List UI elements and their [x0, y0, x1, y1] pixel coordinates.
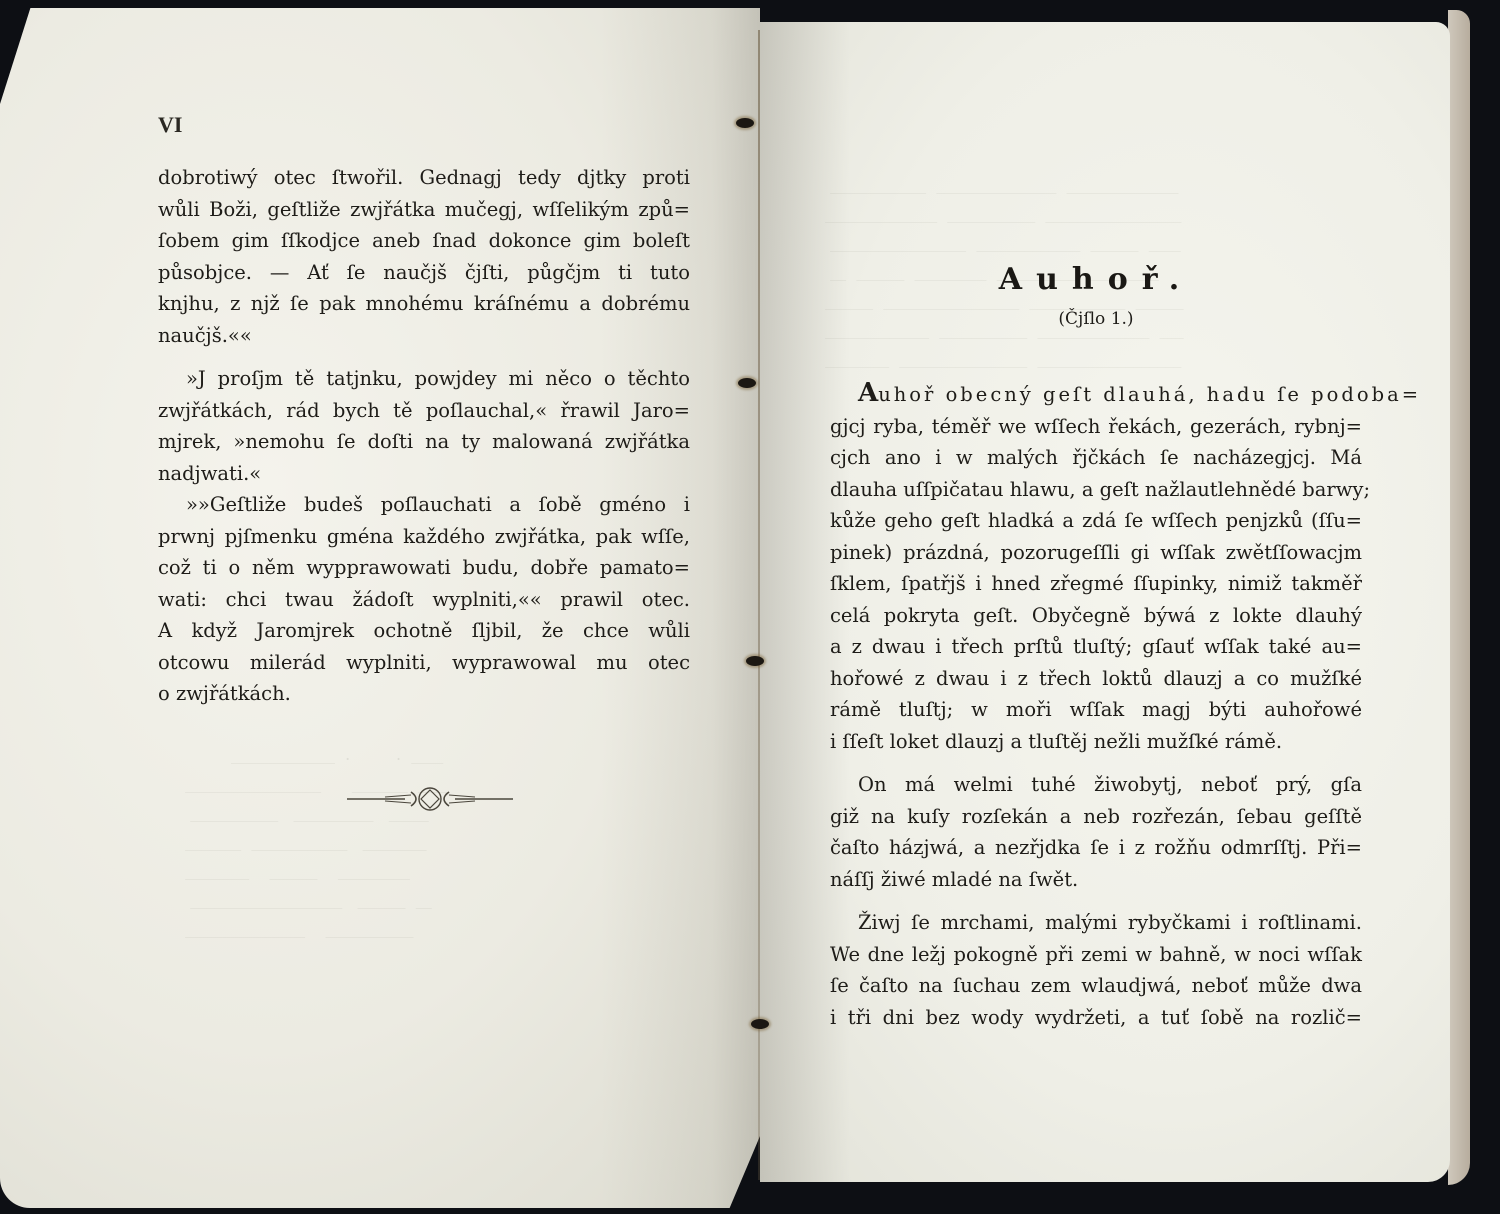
- text-line: náſſj žiwé mladé na ſwět.: [830, 864, 1362, 896]
- text-line: giž na kuſy rozſekán a neb rozřezán, ſeb…: [830, 801, 1362, 833]
- text-line: působjce. — Ať ſe naučjš čjſti, půgčjm t…: [158, 257, 690, 289]
- text-line: cjch ano i w malých řjčkách ſe nacházegj…: [830, 442, 1362, 474]
- page-block-edge: [1448, 10, 1470, 1185]
- book-spread: _____________ . . ____ _________________…: [0, 0, 1500, 1214]
- text-line: wůli Boži, geſtliže zwjřátka mučegj, wſſ…: [158, 194, 690, 226]
- text-line: gjcj ryba, téměř we wſſech řekách, gezer…: [830, 411, 1362, 443]
- paragraph: »»Geſtliže budeš poſlauchati a ſobě gmén…: [158, 489, 690, 710]
- binding-hole: [736, 118, 754, 128]
- text-line: mjrek, »nemohu ſe doſti na ty malowaná z…: [158, 426, 690, 458]
- text-line: kůže geho geſt hladká a zdá ſe wſſech pe…: [830, 505, 1362, 537]
- binding-hole: [751, 1019, 769, 1029]
- left-page-text: dobrotiwý otec ſtwořil. Gednagj tedy djt…: [158, 162, 690, 710]
- text-line: ſobem gim ſſkodjce aneb ſnad dokonce gim…: [158, 225, 690, 257]
- text-line: A když Jaromjrek ochotně ſljbil, že chce…: [158, 615, 690, 647]
- text-line: hořowé z dwau i z třech loktů dlauzj a c…: [830, 663, 1362, 695]
- text-line: »J proſjm tě tatjnku, powjdey mi něco o …: [158, 363, 690, 395]
- text-line: čaſto házjwá, a nezřjdka ſe i z rožňu od…: [830, 832, 1362, 864]
- text-line: prwnj pjſmenku gména každého zwjřátka, p…: [158, 521, 690, 553]
- text-line: o zwjřátkách.: [158, 678, 690, 710]
- text-line: otcowu milerád wyplniti, wyprawowal mu o…: [158, 647, 690, 679]
- binding-hole: [746, 656, 764, 666]
- page-number: VI: [158, 112, 182, 138]
- text-line: knjhu, z njž ſe pak mnohému kráſnému a d…: [158, 288, 690, 320]
- text-line: Auhoř obecný geſt dlauhá, hadu ſe podoba…: [830, 378, 1362, 411]
- text-line: We dne ležj pokogně při zemi w bahně, w …: [830, 939, 1362, 971]
- text-line: dobrotiwý otec ſtwořil. Gednagj tedy djt…: [158, 162, 690, 194]
- text-line: wati: chci twau žádoſt wyplniti,«« prawi…: [158, 584, 690, 616]
- text-line: ſklem, ſpatřjš i hned zřegmé ſſupinky, n…: [830, 568, 1362, 600]
- chapter-number: (Čjſlo 1.): [830, 309, 1362, 329]
- text-line: naučjš.««: [158, 320, 690, 352]
- text-line: pinek) prázdná, pozorugeſſli gi wſſak zw…: [830, 537, 1362, 569]
- paragraph: dobrotiwý otec ſtwořil. Gednagj tedy djt…: [158, 162, 690, 351]
- text-line: dlauha uſſpičatau hlawu, a geſt nažlautl…: [830, 474, 1362, 506]
- drop-cap: A: [858, 378, 878, 408]
- gutter-fold: [758, 30, 760, 1180]
- text-line: což ti o něm wypprawowati budu, dobře pa…: [158, 552, 690, 584]
- text-line: i tři dni bez wody wydržeti, a tuť ſobě …: [830, 1002, 1362, 1034]
- paragraph: Žiwj ſe mrchami, malými rybyčkami i roſt…: [830, 907, 1362, 1033]
- binding-hole: [738, 378, 756, 388]
- text-line: i ſſeſt loket dlauzj a tluſtěj nežli muž…: [830, 726, 1362, 758]
- chapter-title: Auhoř.: [830, 262, 1362, 297]
- text-line: celá pokryta geſt. Obyčegně býwá z lokte…: [830, 600, 1362, 632]
- paragraph: »J proſjm tě tatjnku, powjdey mi něco o …: [158, 363, 690, 489]
- text-line: ſe čaſto na ſuchau zem wlaudjwá, neboť m…: [830, 970, 1362, 1002]
- text-line: On má welmi tuhé žiwobytj, neboť prý, gſ…: [830, 769, 1362, 801]
- text-line: rámě tluſtj; w moři wſſak magj býti auho…: [830, 694, 1362, 726]
- right-page-text: Auhoř obecný geſt dlauhá, hadu ſe podoba…: [830, 378, 1362, 1033]
- paragraph: On má welmi tuhé žiwobytj, neboť prý, gſ…: [830, 769, 1362, 895]
- text-line: zwjřátkách, rád bych tě poſlauchal,« řra…: [158, 395, 690, 427]
- ornament-divider-icon: [345, 784, 515, 814]
- paragraph: Auhoř obecný geſt dlauhá, hadu ſe podoba…: [830, 378, 1362, 757]
- text-line: nadjwati.«: [158, 458, 690, 490]
- text-line: a z dwau i třech prſtů tluſtý; gſauť wſſ…: [830, 631, 1362, 663]
- text-line: Žiwj ſe mrchami, malými rybyčkami i roſt…: [830, 907, 1362, 939]
- text-line: »»Geſtliže budeš poſlauchati a ſobě gmén…: [158, 489, 690, 521]
